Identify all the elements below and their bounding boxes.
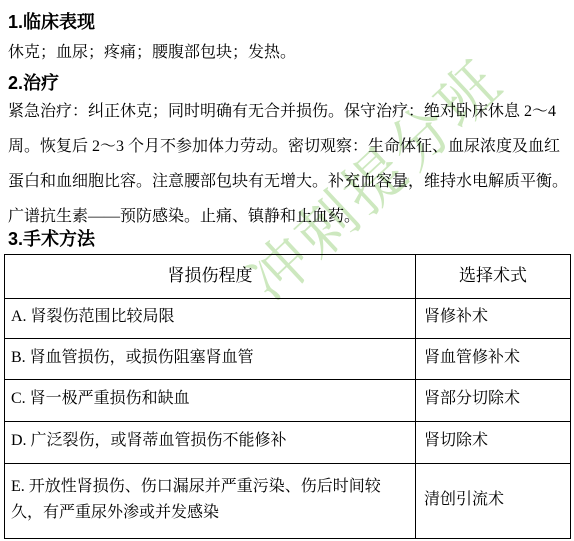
- treatment-paragraph-line: 紧急治疗：纠正休克；同时明确有无合并损伤。保守治疗：绝对卧床休息 2～4: [8, 94, 568, 129]
- cell-injury-degree: E. 开放性肾损伤、伤口漏尿并严重污染、伤后时间较久，有严重尿外渗或并发感染: [5, 464, 416, 539]
- cell-procedure: 肾修补术: [416, 299, 571, 339]
- table-row: A. 肾裂伤范围比较局限 肾修补术: [5, 299, 571, 339]
- section-heading-clinical-manifestation: 1.临床表现: [8, 11, 574, 33]
- table-row: E. 开放性肾损伤、伤口漏尿并严重污染、伤后时间较久，有严重尿外渗或并发感染 清…: [5, 464, 571, 539]
- cell-injury-degree: C. 肾一极严重损伤和缺血: [5, 380, 416, 422]
- treatment-paragraph-line: 周。恢复后 2～3 个月不参加体力劳动。密切观察：生命体征、血尿浓度及血红: [8, 129, 568, 164]
- table-row: B. 肾血管损伤，或损伤阻塞肾血管 肾血管修补术: [5, 339, 571, 380]
- table-row: D. 广泛裂伤，或肾蒂血管损伤不能修补 肾切除术: [5, 422, 571, 464]
- cell-procedure: 肾血管修补术: [416, 339, 571, 380]
- document-content: 1.临床表现 休克；血尿；疼痛；腰腹部包块；发热。 2.治疗 紧急治疗：纠正休克…: [0, 11, 574, 539]
- surgery-methods-table: 肾损伤程度 选择术式 A. 肾裂伤范围比较局限 肾修补术 B. 肾血管损伤，或损…: [4, 254, 571, 539]
- treatment-paragraph: 紧急治疗：纠正休克；同时明确有无合并损伤。保守治疗：绝对卧床休息 2～4 周。恢…: [8, 94, 568, 234]
- clinical-manifestation-text: 休克；血尿；疼痛；腰腹部包块；发热。: [8, 43, 574, 63]
- cell-injury-degree: D. 广泛裂伤，或肾蒂血管损伤不能修补: [5, 422, 416, 464]
- col-header-injury-degree: 肾损伤程度: [5, 255, 416, 299]
- treatment-paragraph-line: 蛋白和血细胞比容。注意腰部包块有无增大。补充血容量，维持水电解质平衡。: [8, 164, 568, 199]
- cell-injury-degree: B. 肾血管损伤，或损伤阻塞肾血管: [5, 339, 416, 380]
- cell-procedure: 肾切除术: [416, 422, 571, 464]
- section-heading-treatment: 2.治疗: [8, 72, 574, 94]
- document-page: 冲刺提分班 1.临床表现 休克；血尿；疼痛；腰腹部包块；发热。 2.治疗 紧急治…: [0, 0, 574, 541]
- col-header-procedure: 选择术式: [416, 255, 571, 299]
- table-header-row: 肾损伤程度 选择术式: [5, 255, 571, 299]
- cell-procedure: 清创引流术: [416, 464, 571, 539]
- table-row: C. 肾一极严重损伤和缺血 肾部分切除术: [5, 380, 571, 422]
- cell-procedure: 肾部分切除术: [416, 380, 571, 422]
- cell-injury-degree: A. 肾裂伤范围比较局限: [5, 299, 416, 339]
